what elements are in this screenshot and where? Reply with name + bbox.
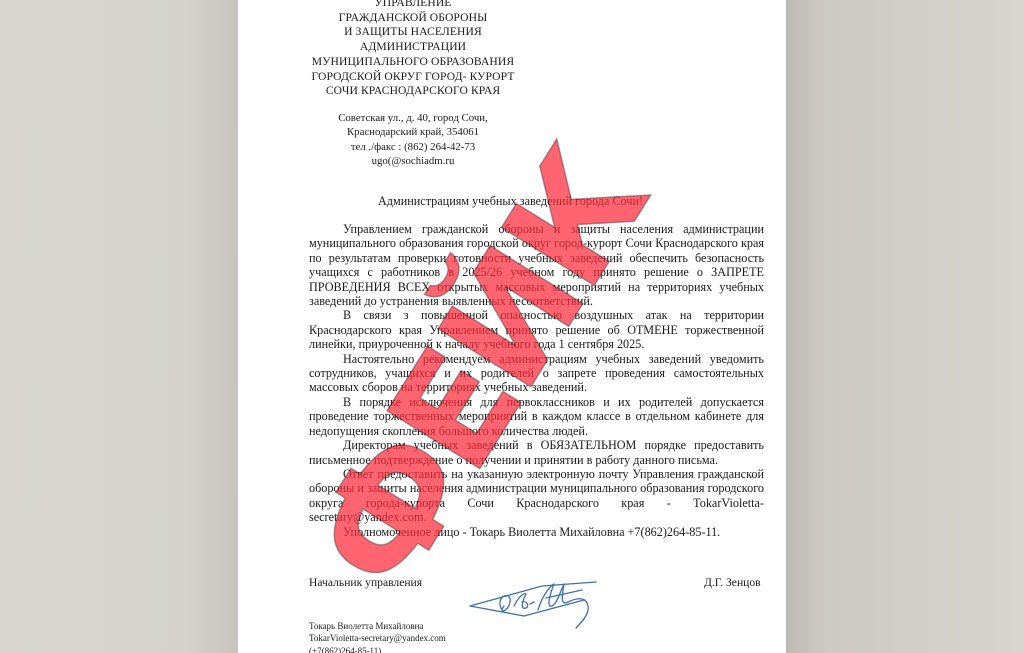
body-paragraph: Управлением гражданской обороны и защиты… [309, 222, 764, 308]
org-header-line: И ЗАЩИТЫ НАСЕЛЕНИЯ [298, 25, 528, 40]
contact-phone: (+7(862)264-85-11) [309, 645, 446, 653]
email-line: ugo(@sochiadm.ru [298, 154, 528, 168]
organization-header: УПРАВЛЕНИЕ ГРАЖДАНСКОЙ ОБОРОНЫ И ЗАЩИТЫ … [298, 0, 528, 99]
body-paragraph: В связи з повышенной опасностью воздушны… [309, 308, 764, 351]
phone-fax-line: тел ./факс : (862) 264-42-73 [298, 140, 528, 154]
addressee-heading: Администрациям учебных заведений города … [378, 194, 738, 209]
address-line: Краснодарский край, 354061 [298, 125, 528, 139]
organization-address: Советская ул., д. 40, город Сочи, Красно… [298, 111, 528, 168]
signatory-name: Д.Г. Зенцов [704, 576, 761, 589]
org-header-line: УПРАВЛЕНИЕ [298, 0, 528, 11]
letter-body: Управлением гражданской обороны и защиты… [309, 222, 764, 539]
org-header-line: ГРАЖДАНСКОЙ ОБОРОНЫ [298, 11, 528, 26]
body-paragraph: Директорам учебных заведений в ОБЯЗАТЕЛЬ… [309, 438, 764, 467]
body-paragraph: Настоятельно рекомендуем администрациям … [309, 352, 764, 395]
signatory-title: Начальник управления [309, 576, 422, 589]
org-header-line: АДМИНИСТРАЦИИ [298, 40, 528, 55]
org-header-line: МУНИЦИПАЛЬНОГО ОБРАЗОВАНИЯ [298, 55, 528, 70]
address-line: Советская ул., д. 40, город Сочи, [298, 111, 528, 125]
org-header-line: ГОРОДСКОЙ ОКРУГ ГОРОД- КУРОРТ [298, 70, 528, 85]
body-paragraph: В порядке исключения для первоклассников… [309, 395, 764, 438]
org-header-line: СОЧИ КРАСНОДАРСКОГО КРАЯ [298, 84, 528, 99]
contact-email: TokarVioletta-secretary@yandex.com [309, 632, 446, 644]
contact-person-block: Токарь Виолетта Михайловна TokarVioletta… [309, 620, 446, 653]
body-paragraph: Уполномоченное лицо - Токарь Виолетта Ми… [309, 525, 764, 539]
handwritten-signature [464, 572, 604, 630]
body-paragraph: Ответ предоставить на указанную электрон… [309, 467, 764, 525]
letter-page: УПРАВЛЕНИЕ ГРАЖДАНСКОЙ ОБОРОНЫ И ЗАЩИТЫ … [238, 0, 786, 653]
contact-name: Токарь Виолетта Михайловна [309, 620, 446, 632]
